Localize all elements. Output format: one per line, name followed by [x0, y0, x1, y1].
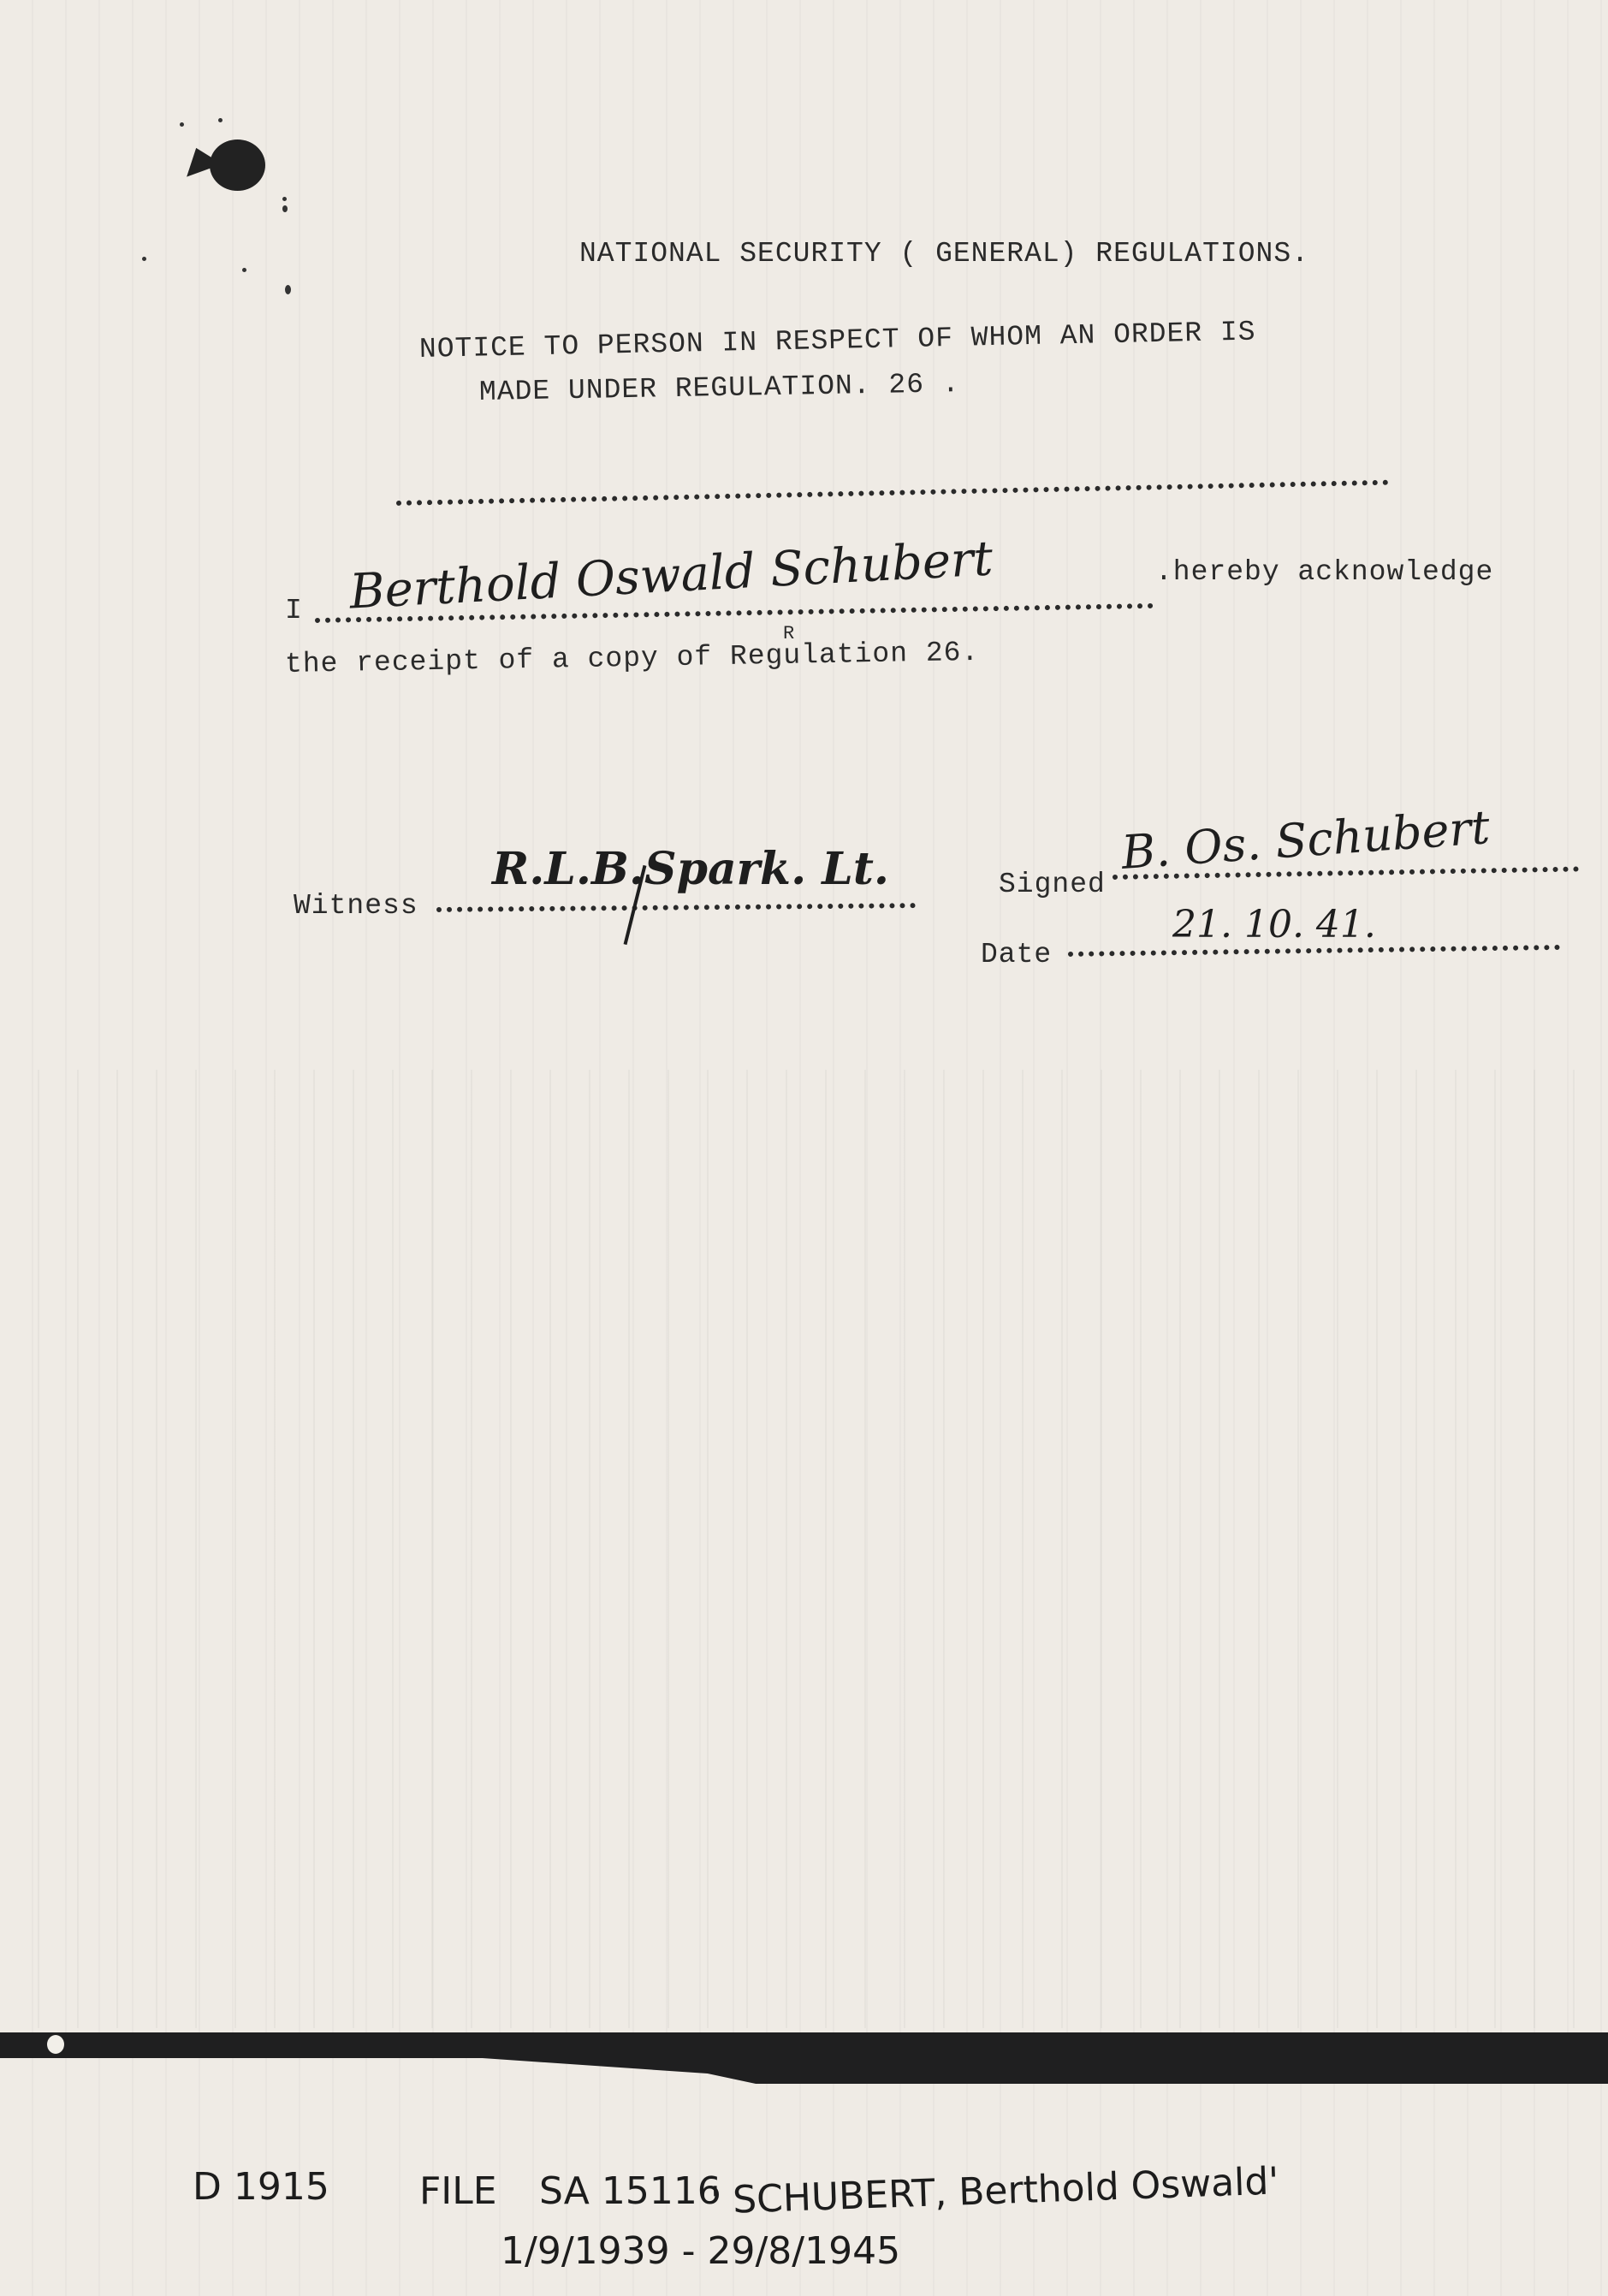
- date-handwritten: 21. 10. 41.: [1172, 903, 1376, 946]
- document-title: NATIONAL SECURITY ( GENERAL) REGULATIONS…: [579, 238, 1309, 270]
- ack-prefix: I: [285, 595, 303, 626]
- speck: [282, 197, 287, 201]
- witness-label: Witness: [294, 890, 418, 922]
- punch-hole: [47, 2035, 64, 2054]
- speck: [180, 122, 184, 127]
- ack-suffix: .hereby acknowledge: [1155, 556, 1493, 588]
- speck: [282, 205, 288, 212]
- archive-ref: D 1915: [193, 2165, 329, 2209]
- archive-date-range: 1/9/1939 - 29/8/1945: [501, 2229, 900, 2273]
- ink-blot: [210, 139, 265, 191]
- archive-file-label: FILE: [419, 2169, 497, 2213]
- scan-artifact-lines: [0, 1070, 1608, 2028]
- archive-file-number: SA 15116: [539, 2169, 721, 2213]
- speck: [142, 257, 146, 261]
- speck: [242, 268, 246, 272]
- signed-label: Signed: [999, 869, 1106, 900]
- witness-signature: R.L.B.Spark. Lt.: [492, 843, 889, 895]
- speck: [218, 118, 223, 122]
- date-label: Date: [981, 939, 1052, 970]
- speck: [285, 285, 291, 294]
- correction-mark: R: [783, 623, 795, 644]
